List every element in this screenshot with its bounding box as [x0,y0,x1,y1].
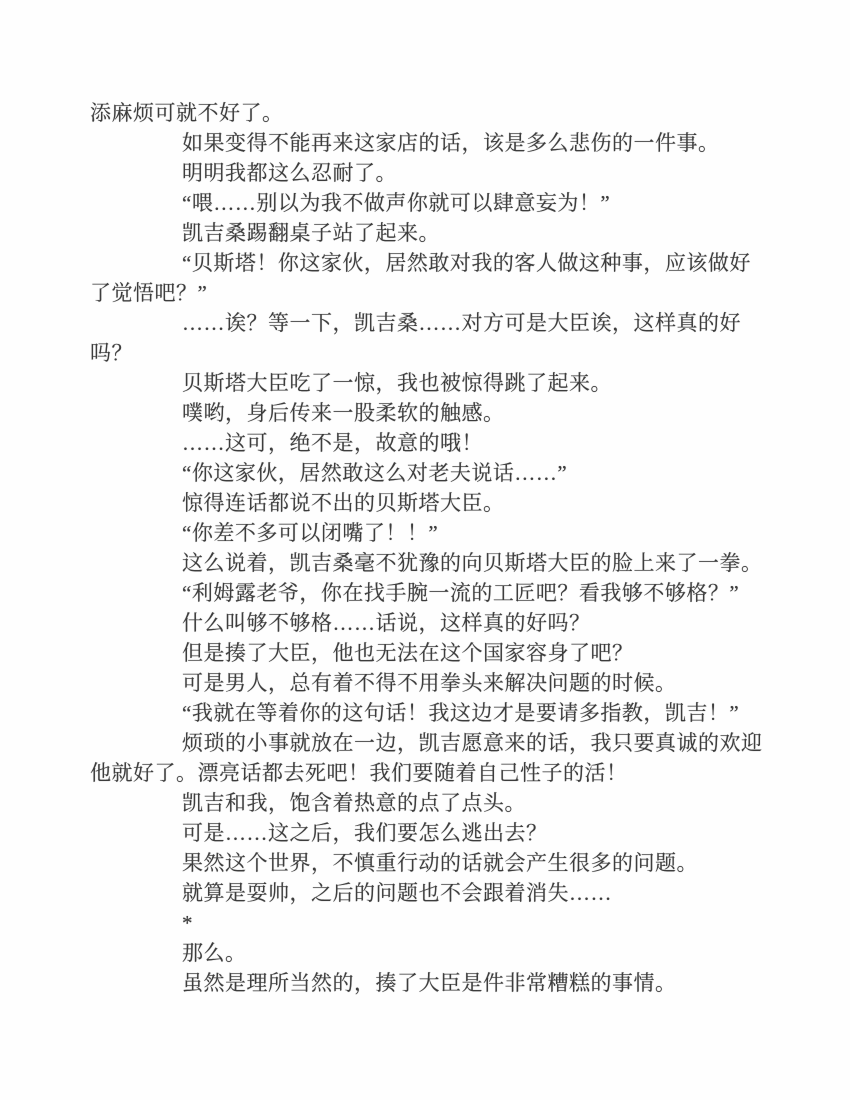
text-line: 凯吉桑踢翻桌子站了起来。 [90,218,770,248]
novel-page-body: { "document": { "kind": "novel-text-page… [0,0,850,1100]
text-line: 贝斯塔大臣吃了一惊，我也被惊得跳了起来。 [90,368,770,398]
text-line: 凯吉和我，饱含着热意的点了点头。 [90,788,770,818]
dialogue-line: “我就在等着你的这句话！我这边才是要请多指教，凯吉！” [90,698,770,728]
dialogue-line-continuation: 了觉悟吧？” [90,278,770,308]
text-line-continuation: 吗？ [90,338,770,368]
dialogue-line: “你这家伙，居然敢这么对老夫说话……” [90,458,770,488]
text-line: 可是男人，总有着不得不用拳头来解决问题的时候。 [90,668,770,698]
text-line: 如果变得不能再来这家店的话，该是多么悲伤的一件事。 [90,128,770,158]
text-line: 噗哟，身后传来一股柔软的触感。 [90,398,770,428]
text-line: 虽然是理所当然的，揍了大臣是件非常糟糕的事情。 [90,968,770,998]
text-line: 可是……这之后，我们要怎么逃出去？ [90,818,770,848]
text-line: 惊得连话都说不出的贝斯塔大臣。 [90,488,770,518]
text-line-continuation: 他就好了。漂亮话都去死吧！我们要随着自己性子的活！ [90,758,770,788]
text-line: 这么说着，凯吉桑毫不犹豫的向贝斯塔大臣的脸上来了一拳。 [90,548,770,578]
novel-text-block: 添麻烦可就不好了。 如果变得不能再来这家店的话，该是多么悲伤的一件事。 明明我都… [90,98,770,998]
text-line: 烦琐的小事就放在一边，凯吉愿意来的话，我只要真诚的欢迎 [90,728,770,758]
dialogue-line: “喂……别以为我不做声你就可以肆意妄为！” [90,188,770,218]
text-line: 添麻烦可就不好了。 [90,98,770,128]
scene-break-asterisk: * [90,908,770,938]
document-page: 添麻烦可就不好了。 如果变得不能再来这家店的话，该是多么悲伤的一件事。 明明我都… [0,0,850,1100]
dialogue-line: “贝斯塔！你这家伙，居然敢对我的客人做这种事，应该做好 [90,248,770,278]
text-line: 但是揍了大臣，他也无法在这个国家容身了吧？ [90,638,770,668]
text-line: ……这可，绝不是，故意的哦！ [90,428,770,458]
text-line: 那么。 [90,938,770,968]
text-line: 什么叫够不够格……话说，这样真的好吗？ [90,608,770,638]
text-line: 明明我都这么忍耐了。 [90,158,770,188]
text-line: 果然这个世界，不慎重行动的话就会产生很多的问题。 [90,848,770,878]
dialogue-line: “利姆露老爷，你在找手腕一流的工匠吧？看我够不够格？” [90,578,770,608]
text-line: 就算是耍帅，之后的问题也不会跟着消失…… [90,878,770,908]
text-line: ……诶？等一下，凯吉桑……对方可是大臣诶，这样真的好 [90,308,770,338]
dialogue-line: “你差不多可以闭嘴了！！” [90,518,770,548]
